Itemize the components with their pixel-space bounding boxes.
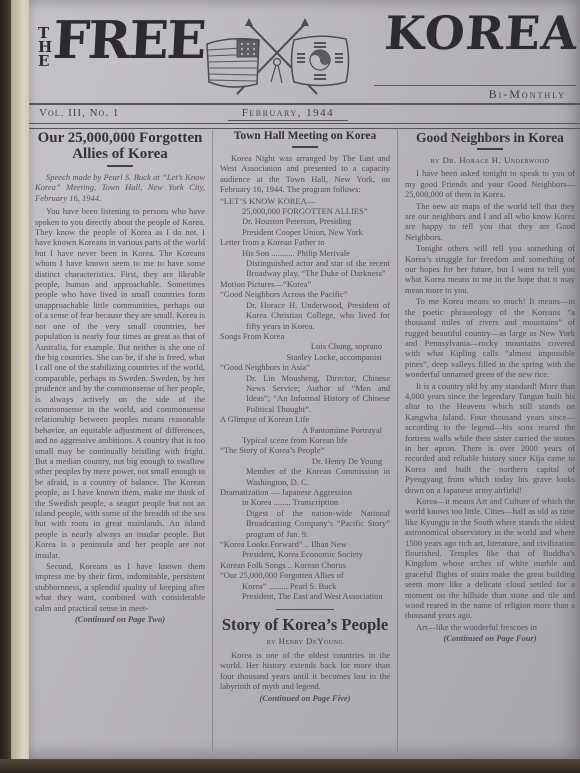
program-line: Dr. Houston Peterson, Presiding <box>220 216 390 226</box>
program-line: 25,000,000 FORGOTTEN ALLIES” <box>220 206 390 216</box>
photo-edge-bottom <box>0 759 580 773</box>
program-line: Dramatization — Japanese Aggression <box>220 487 390 497</box>
column-rule <box>397 130 398 751</box>
program-line: Songs From Korea <box>220 331 390 341</box>
article-byline: by Henry DeYoung <box>220 636 390 646</box>
paragraph: Korea—it means Art and Culture of which … <box>405 496 575 621</box>
masthead-rule <box>29 103 580 105</box>
program-line: A Pantomime Portrayal <box>220 425 390 435</box>
masthead-the: THE <box>38 27 51 68</box>
program-line: His Son ........... Philip Merivale <box>220 248 390 258</box>
headline-divider <box>292 146 318 148</box>
article-forgotten-allies: Our 25,000,000 Forgotten Allies of Korea… <box>35 130 205 751</box>
dateline-rule <box>29 123 580 129</box>
program-line: Dr. Lin Mousheng, Director, Chinese News… <box>220 373 390 415</box>
headline-divider <box>477 148 503 150</box>
program-line: “Korea Looks Forward” .. Ilhan New <box>220 539 390 549</box>
program-line: A Glimpse of Korean Life <box>220 414 390 424</box>
article-body: I have been asked tonight to speak to yo… <box>405 168 575 632</box>
program-line: “Our 25,000,000 Forgotten Allies of <box>220 570 390 580</box>
article-intro: Korea Night was arranged by The East and… <box>220 153 390 195</box>
volume-label: Vol. III, No. 1 <box>39 107 119 119</box>
article-headline: Our 25,000,000 Forgotten Allies of Korea <box>35 130 205 162</box>
article-byline: by Dr. Horace H. Underwood <box>405 155 575 165</box>
program-line: President Cooper Union, New York <box>220 227 390 237</box>
program-line: Letter from a Korean Father to <box>220 237 390 247</box>
continued-notice: (Continued on Page Five) <box>220 693 390 703</box>
paragraph: I have been asked tonight to speak to yo… <box>405 168 575 199</box>
newspaper-photo: THE FREE <box>0 0 580 773</box>
program-line: Dr. Horace H. Underwood, President of Ko… <box>220 300 390 331</box>
article-body: Korea is one of the oldest countries in … <box>220 650 390 692</box>
program-line: “The Story of Korea’s People” <box>220 445 390 455</box>
program-line: Member of the Korean Commission in Washi… <box>220 466 390 487</box>
article-body: You have been listening to persons who h… <box>35 206 205 613</box>
program-listing: “LET’S KNOW KOREA—25,000,000 FORGOTTEN A… <box>220 196 390 602</box>
program-line: Digest of the nation-wide National Broad… <box>220 508 390 539</box>
page-edge-cream <box>11 0 29 760</box>
article-good-neighbors: Good Neighbors in Korea by Dr. Horace H.… <box>405 130 575 751</box>
masthead-title-free: FREE <box>51 10 206 71</box>
section-divider <box>276 609 334 610</box>
article-headline: Story of Korea’s People <box>220 616 390 634</box>
newspaper-page: THE FREE <box>29 0 580 759</box>
program-line: President, The East and West Association <box>220 591 390 601</box>
paragraph: It is a country old by any standard! Mor… <box>405 381 575 495</box>
paragraph: The new air maps of the world tell that … <box>405 201 575 243</box>
column-rule <box>212 130 213 751</box>
article-town-hall: Town Hall Meeting on Korea Korea Night w… <box>220 130 390 751</box>
date-label: February, 1944 <box>228 107 348 121</box>
paragraph: Second, Koreans as I have known them imp… <box>35 561 205 613</box>
paragraph: Korea is one of the oldest countries in … <box>220 650 390 692</box>
program-line: Distinguished actor and star of the rece… <box>220 258 390 279</box>
frequency-label: Bi-Monthly <box>489 87 566 102</box>
program-line: “Good Neighbors Across the Pacific” <box>220 289 390 299</box>
columns: Our 25,000,000 Forgotten Allies of Korea… <box>35 130 575 751</box>
program-line: in Korea ........ Transcription <box>220 497 390 507</box>
article-headline: Town Hall Meeting on Korea <box>220 130 390 143</box>
continued-notice: (Continued on Page Two) <box>35 614 205 624</box>
program-line: Motion Pictures—“Korea” <box>220 279 390 289</box>
paragraph: You have been listening to persons who h… <box>35 206 205 560</box>
paragraph: Tonight others will tell you something o… <box>405 243 575 295</box>
crossed-us-korea-flags-icon <box>197 16 357 100</box>
program-line: Korea” ......... Pearl S. Buck <box>220 581 390 591</box>
continued-notice: (Continued on Page Four) <box>405 633 575 643</box>
headline-divider <box>107 165 133 167</box>
program-line: President, Korea Economic Society <box>220 549 390 559</box>
bimonthly-rule <box>374 85 576 86</box>
article-headline: Good Neighbors in Korea <box>405 130 575 145</box>
paragraph: Art—like the wonderful frescoes in <box>405 622 575 632</box>
masthead-title-korea: KOREA <box>383 6 580 60</box>
program-line: Dr. Henry De Young <box>220 456 390 466</box>
program-line: Korean Folk Songs .. Korean Chorus <box>220 560 390 570</box>
program-line: Lois Chung, soprano <box>220 341 390 351</box>
paragraph: To me Korea means so much! It means—in t… <box>405 296 575 379</box>
photo-edge-left <box>0 0 11 773</box>
dateline: Vol. III, No. 1 February, 1944 <box>29 106 580 122</box>
program-line: “LET’S KNOW KOREA— <box>220 196 390 206</box>
program-line: “Good Neighbors in Asia” <box>220 362 390 372</box>
program-line: Stanley Locke, accompanist <box>220 352 390 362</box>
program-line: Typical scene from Korean life <box>220 435 390 445</box>
article-intro: Speech made by Pearl S. Buck at “Let’s K… <box>35 172 205 203</box>
